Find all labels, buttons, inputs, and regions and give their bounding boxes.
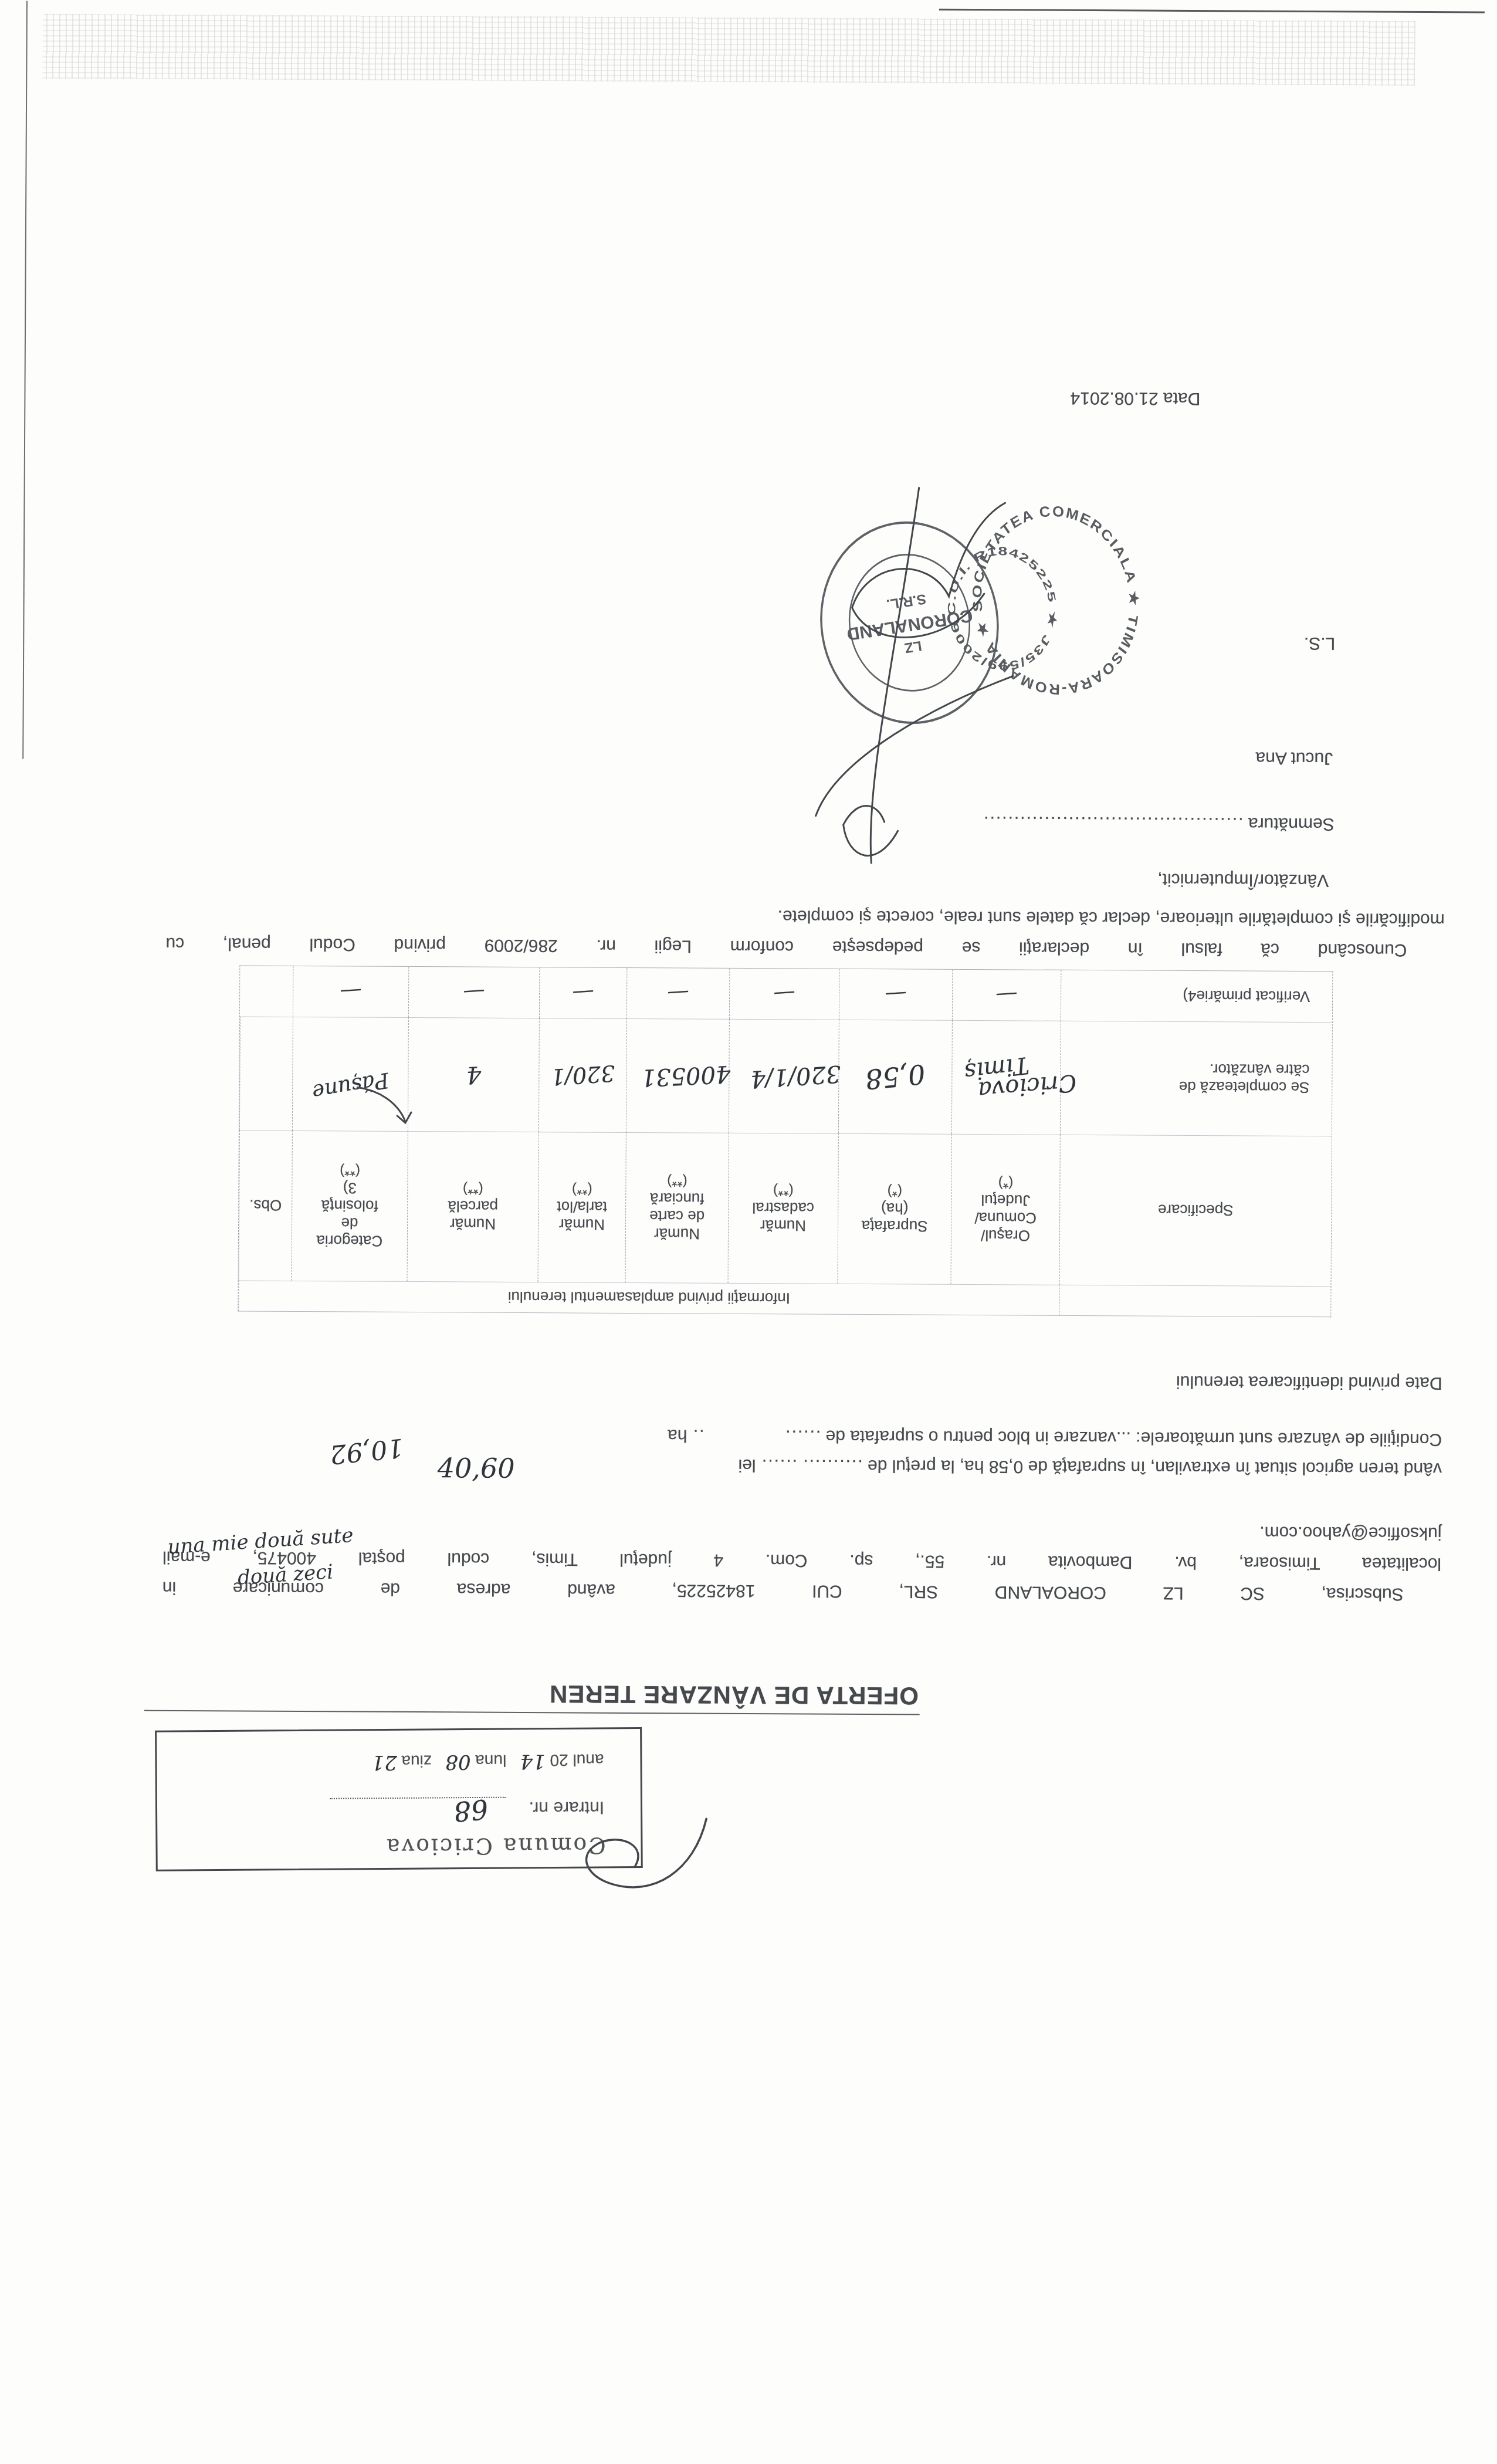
col-header-specificare: Specificare [1059, 1135, 1332, 1286]
registration-ziua-value: 21 [371, 1751, 397, 1774]
col-header-obs: Obs. [239, 1130, 292, 1280]
scan-noise-band [42, 14, 1415, 86]
row2-carte-funciara-dash: — [626, 968, 729, 1019]
row1-label-line: Se completează de [1179, 1078, 1310, 1096]
col-header-footnote: (**) [667, 1173, 687, 1190]
intro-line-3: juksoffice@yahoo.com. [1259, 1522, 1441, 1544]
col-header-text: de [341, 1215, 358, 1233]
row1-parcela-value: 4 [408, 1017, 539, 1132]
col-header-text: Număr [760, 1217, 806, 1235]
document-date: Data 21.08.2014 [1071, 388, 1201, 408]
registration-anul-label: anul 20 [550, 1751, 604, 1769]
registration-ziua-label: ziua [401, 1752, 432, 1771]
col-header-text: Specificare [1158, 1201, 1234, 1220]
seller-name: Jucut Ana [1255, 748, 1333, 769]
conditions-dots-before: ...... [784, 1426, 821, 1446]
registration-box: Comuna Criciova Intrare nr. 68 anul 20 1… [155, 1727, 643, 1871]
col-header-text: Număr [654, 1226, 700, 1243]
row1-loc-value: Criciova Timiș [951, 1020, 1061, 1135]
col-header-text: folosinţă [321, 1197, 378, 1216]
registration-luna-label: luna [475, 1752, 506, 1770]
conditions-dots-after: .. [692, 1426, 705, 1446]
col-header-footnote: (*) [888, 1183, 902, 1200]
row2-categoria-dash: — [293, 966, 408, 1017]
sale-price-handwritten: 40,60 [438, 1452, 531, 1500]
sale-dots-before: .......... [802, 1456, 863, 1475]
col-header-text: cadastral [752, 1200, 814, 1218]
legal-line-2: modificările şi completările ulterioare,… [778, 906, 1445, 929]
col-header-text: Număr [559, 1216, 605, 1234]
sale-dots-after: ...... [761, 1456, 797, 1475]
row1-carte-funciara-value: 400531 [626, 1018, 729, 1133]
margin-note-handwritten: una mie două sute două zeci [167, 1521, 414, 1628]
ls-mark: L.S. [1304, 633, 1336, 653]
col-header-carte-funciara: Număr de carte funciară (**) [625, 1132, 729, 1283]
dash-mark: — [340, 982, 361, 1001]
signature-label: Semnătura [1248, 814, 1335, 834]
dash-mark: — [463, 983, 485, 1001]
scan-edge-line-horizontal [939, 9, 1485, 13]
categoria-arrow-icon [349, 1075, 414, 1129]
row2-label: Verificat primărie4) [1061, 970, 1332, 1022]
col-header-parcela: Număr parcelă (**) [407, 1131, 538, 1282]
col-header-footnote: (*) [998, 1175, 1013, 1192]
dash-mark: — [668, 984, 689, 1003]
col-header-text: funciară [650, 1190, 705, 1208]
row1-obs-value [239, 1016, 293, 1130]
conditions-text-before: Condiţiile de vânzare sunt următoarele: … [825, 1427, 1442, 1450]
row1-label: Se completează de către vânzător. [1060, 1021, 1332, 1136]
dash-mark: — [885, 985, 906, 1004]
col-header-text: de carte [649, 1208, 705, 1226]
legal-line-1: Cunoscând că falsul în declaraţii se ped… [165, 933, 1444, 960]
dash-mark: — [774, 984, 795, 1003]
dash-mark: — [996, 986, 1017, 1004]
row1-tarla-value: 320/1 [538, 1018, 626, 1132]
table-group-header: Informaţii privind amplasamentul terenul… [238, 1280, 1059, 1315]
col-header-tarla: Număr tarla/lot (**) [538, 1132, 626, 1282]
registration-anul-value: 14 [520, 1749, 546, 1773]
row2-parcela-dash: — [408, 967, 539, 1018]
handwritten-carte-funciara: 400531 [641, 1065, 731, 1087]
conditions-line: Condiţiile de vânzare sunt următoarele: … [668, 1425, 1442, 1449]
handwritten-judet: Timiș [964, 1056, 1030, 1081]
page-title: OFERTA DE VÂNZARE TEREN [549, 1680, 919, 1710]
col-header-cadastral: Număr cadastral (**) [728, 1133, 838, 1284]
scanned-page: Comuna Criciova Intrare nr. 68 anul 20 1… [0, 0, 1497, 2464]
row2-label-text: Verificat primărie4) [1183, 987, 1310, 1006]
col-header-suprafata: Suprafaţa (ha) (*) [838, 1133, 951, 1284]
sale-text-before: vând teren agricol situat în extravilan,… [868, 1456, 1442, 1478]
scan-edge-line-vertical [22, 1, 28, 759]
registration-intrare-value: 68 [452, 1793, 489, 1827]
land-table: Informaţii privind amplasamentul terenul… [238, 965, 1333, 1317]
col-header-footnote: (**) [340, 1162, 360, 1180]
row2-suprafata-dash: — [839, 969, 952, 1020]
sale-line: vând teren agricol situat în extravilan,… [738, 1455, 1442, 1478]
section-title: Date privind identificarea terenului [1176, 1372, 1442, 1393]
row2-tarla-dash: — [539, 967, 626, 1018]
col-header-text: Obs. [249, 1197, 282, 1214]
registration-date-row: anul 20 14 luna 08 ziua 21 [371, 1749, 604, 1774]
conditions-text-after: ha [668, 1426, 687, 1445]
seller-role: Vânzător/Împuternicit, [1157, 869, 1329, 891]
handwritten-parcela: 4 [466, 1065, 482, 1084]
row2-loc-dash: — [952, 970, 1061, 1021]
col-header-categoria: Categoria de folosinţă 3) (**) [292, 1131, 408, 1281]
row1-categoria-value: Pășune [292, 1017, 408, 1131]
col-header-text: Comuna/ [974, 1210, 1037, 1228]
col-header-footnote: (**) [773, 1182, 794, 1200]
seller-signature-icon [748, 458, 1126, 905]
col-header-text: Număr [450, 1216, 496, 1233]
conditions-surface-handwritten: 10,92 [328, 1432, 405, 1469]
handwritten-cadastral: 320/1/4 [750, 1065, 841, 1088]
table-corner-cell [1059, 1285, 1330, 1316]
col-header-text: Suprafaţa [862, 1218, 928, 1236]
row1-cadastral-value: 320/1/4 [729, 1019, 839, 1133]
sale-text-after: lei [738, 1456, 756, 1475]
row1-suprafata-value: 0,58 [838, 1020, 952, 1134]
registration-luna-value: 08 [445, 1750, 471, 1773]
row2-cadastral-dash: — [729, 969, 839, 1020]
row1-label-line: către vânzător. [1210, 1061, 1310, 1079]
row2-obs-empty [240, 966, 293, 1016]
handwritten-tarla: 320/1 [550, 1065, 615, 1087]
handwritten-suprafata: 0,58 [865, 1065, 926, 1089]
registration-flourish-icon [564, 1795, 717, 1908]
col-header-text: tarla/lot [557, 1199, 607, 1216]
document-rotated-content: Comuna Criciova Intrare nr. 68 anul 20 1… [0, 0, 1497, 2464]
dash-mark: — [573, 983, 594, 1002]
col-header-text: parcelă [448, 1198, 497, 1216]
col-header-text: Categoria [316, 1233, 382, 1251]
col-header-text: Oraşul/ [981, 1227, 1030, 1245]
col-header-footnote: (**) [463, 1180, 483, 1198]
col-header-text: (ha) [881, 1200, 908, 1218]
col-header-text: Judeţul [981, 1192, 1030, 1210]
col-header-text: 3) [343, 1180, 357, 1197]
col-header-loc: Oraşul/ Comuna/ Judeţul (*) [951, 1134, 1060, 1285]
col-header-footnote: (**) [572, 1181, 592, 1199]
title-overline [144, 1710, 920, 1715]
